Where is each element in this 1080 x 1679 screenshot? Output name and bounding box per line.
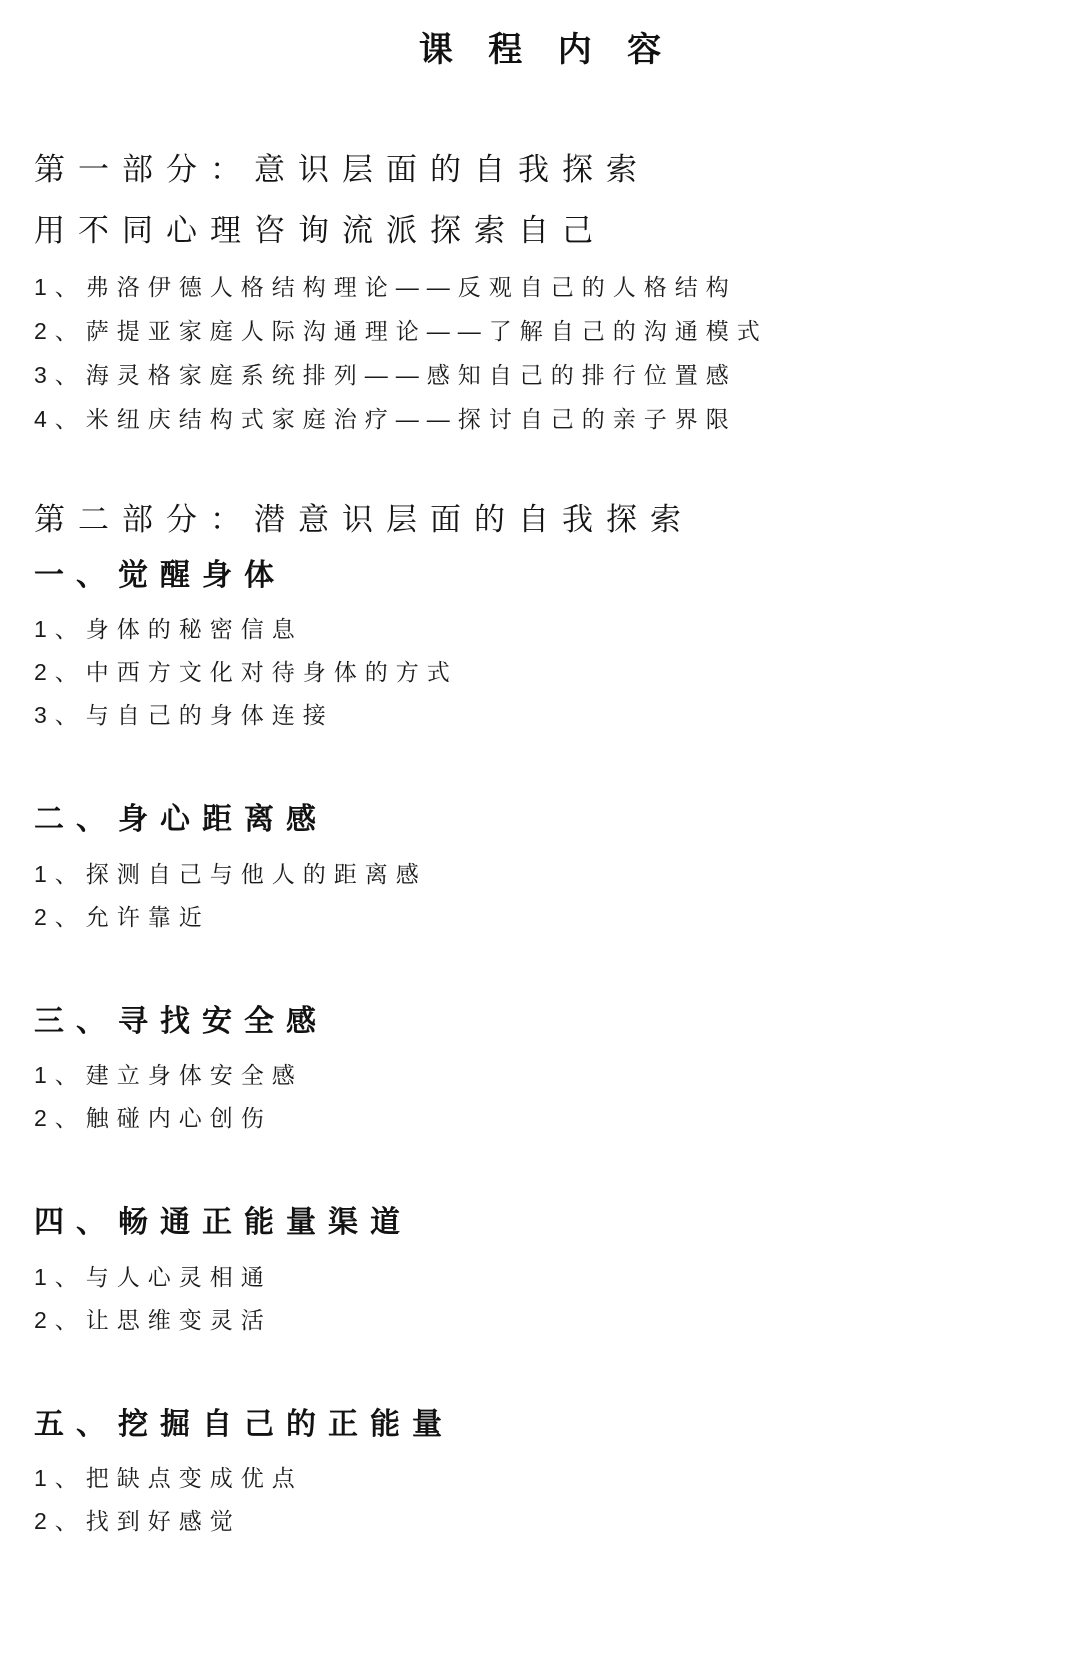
subsection-dig-positive-energy: 五、挖掘自己的正能量 1、把缺点变成优点 2、找到好感觉	[34, 1406, 1046, 1544]
subsection-heading: 五、挖掘自己的正能量	[34, 1406, 1046, 1444]
part-1-subheading: 用不同心理咨询流派探索自己	[34, 212, 1046, 249]
subsection-awaken-body: 一、觉醒身体 1、身体的秘密信息 2、中西方文化对待身体的方式 3、与自己的身体…	[34, 557, 1046, 738]
page-title: 课 程 内 容	[34, 0, 1046, 71]
subsection-seek-security: 三、寻找安全感 1、建立身体安全感 2、触碰内心创伤	[34, 1003, 1046, 1141]
part-2-heading: 第二部分：潜意识层面的自我探索	[34, 501, 1046, 538]
list-item: 3、与自己的身体连接	[34, 694, 1046, 737]
list-item: 1、探测自己与他人的距离感	[34, 853, 1046, 896]
subsection-item-list: 1、与人心灵相通 2、让思维变灵活	[34, 1256, 1046, 1342]
subsection-heading: 一、觉醒身体	[34, 557, 1046, 595]
part-2: 第二部分：潜意识层面的自我探索 一、觉醒身体 1、身体的秘密信息 2、中西方文化…	[34, 501, 1046, 1543]
list-item: 2、触碰内心创伤	[34, 1097, 1046, 1140]
subsection-heading: 二、身心距离感	[34, 801, 1046, 839]
list-item: 1、与人心灵相通	[34, 1256, 1046, 1299]
subsection-heading: 四、畅通正能量渠道	[34, 1204, 1046, 1242]
list-item: 1、把缺点变成优点	[34, 1457, 1046, 1500]
list-item: 1、身体的秘密信息	[34, 608, 1046, 651]
subsection-item-list: 1、把缺点变成优点 2、找到好感觉	[34, 1457, 1046, 1543]
list-item: 3、海灵格家庭系统排列——感知自己的排行位置感	[34, 353, 1046, 397]
list-item: 1、建立身体安全感	[34, 1054, 1046, 1097]
list-item: 2、萨提亚家庭人际沟通理论——了解自己的沟通模式	[34, 309, 1046, 353]
subsection-body-mind-distance: 二、身心距离感 1、探测自己与他人的距离感 2、允许靠近	[34, 801, 1046, 939]
part-1: 第一部分：意识层面的自我探索 用不同心理咨询流派探索自己 1、弗洛伊德人格结构理…	[34, 151, 1046, 441]
list-item: 2、允许靠近	[34, 896, 1046, 939]
subsection-item-list: 1、探测自己与他人的距离感 2、允许靠近	[34, 853, 1046, 939]
list-item: 1、弗洛伊德人格结构理论——反观自己的人格结构	[34, 265, 1046, 309]
part-1-heading: 第一部分：意识层面的自我探索	[34, 151, 1046, 188]
list-item: 4、米纽庆结构式家庭治疗——探讨自己的亲子界限	[34, 397, 1046, 441]
part-1-item-list: 1、弗洛伊德人格结构理论——反观自己的人格结构 2、萨提亚家庭人际沟通理论——了…	[34, 265, 1046, 441]
course-content-document: 课 程 内 容 第一部分：意识层面的自我探索 用不同心理咨询流派探索自己 1、弗…	[0, 0, 1080, 1679]
subsection-heading: 三、寻找安全感	[34, 1003, 1046, 1041]
subsection-item-list: 1、建立身体安全感 2、触碰内心创伤	[34, 1054, 1046, 1140]
list-item: 2、找到好感觉	[34, 1500, 1046, 1543]
subsection-positive-energy-channel: 四、畅通正能量渠道 1、与人心灵相通 2、让思维变灵活	[34, 1204, 1046, 1342]
list-item: 2、中西方文化对待身体的方式	[34, 651, 1046, 694]
subsection-item-list: 1、身体的秘密信息 2、中西方文化对待身体的方式 3、与自己的身体连接	[34, 608, 1046, 737]
list-item: 2、让思维变灵活	[34, 1299, 1046, 1342]
